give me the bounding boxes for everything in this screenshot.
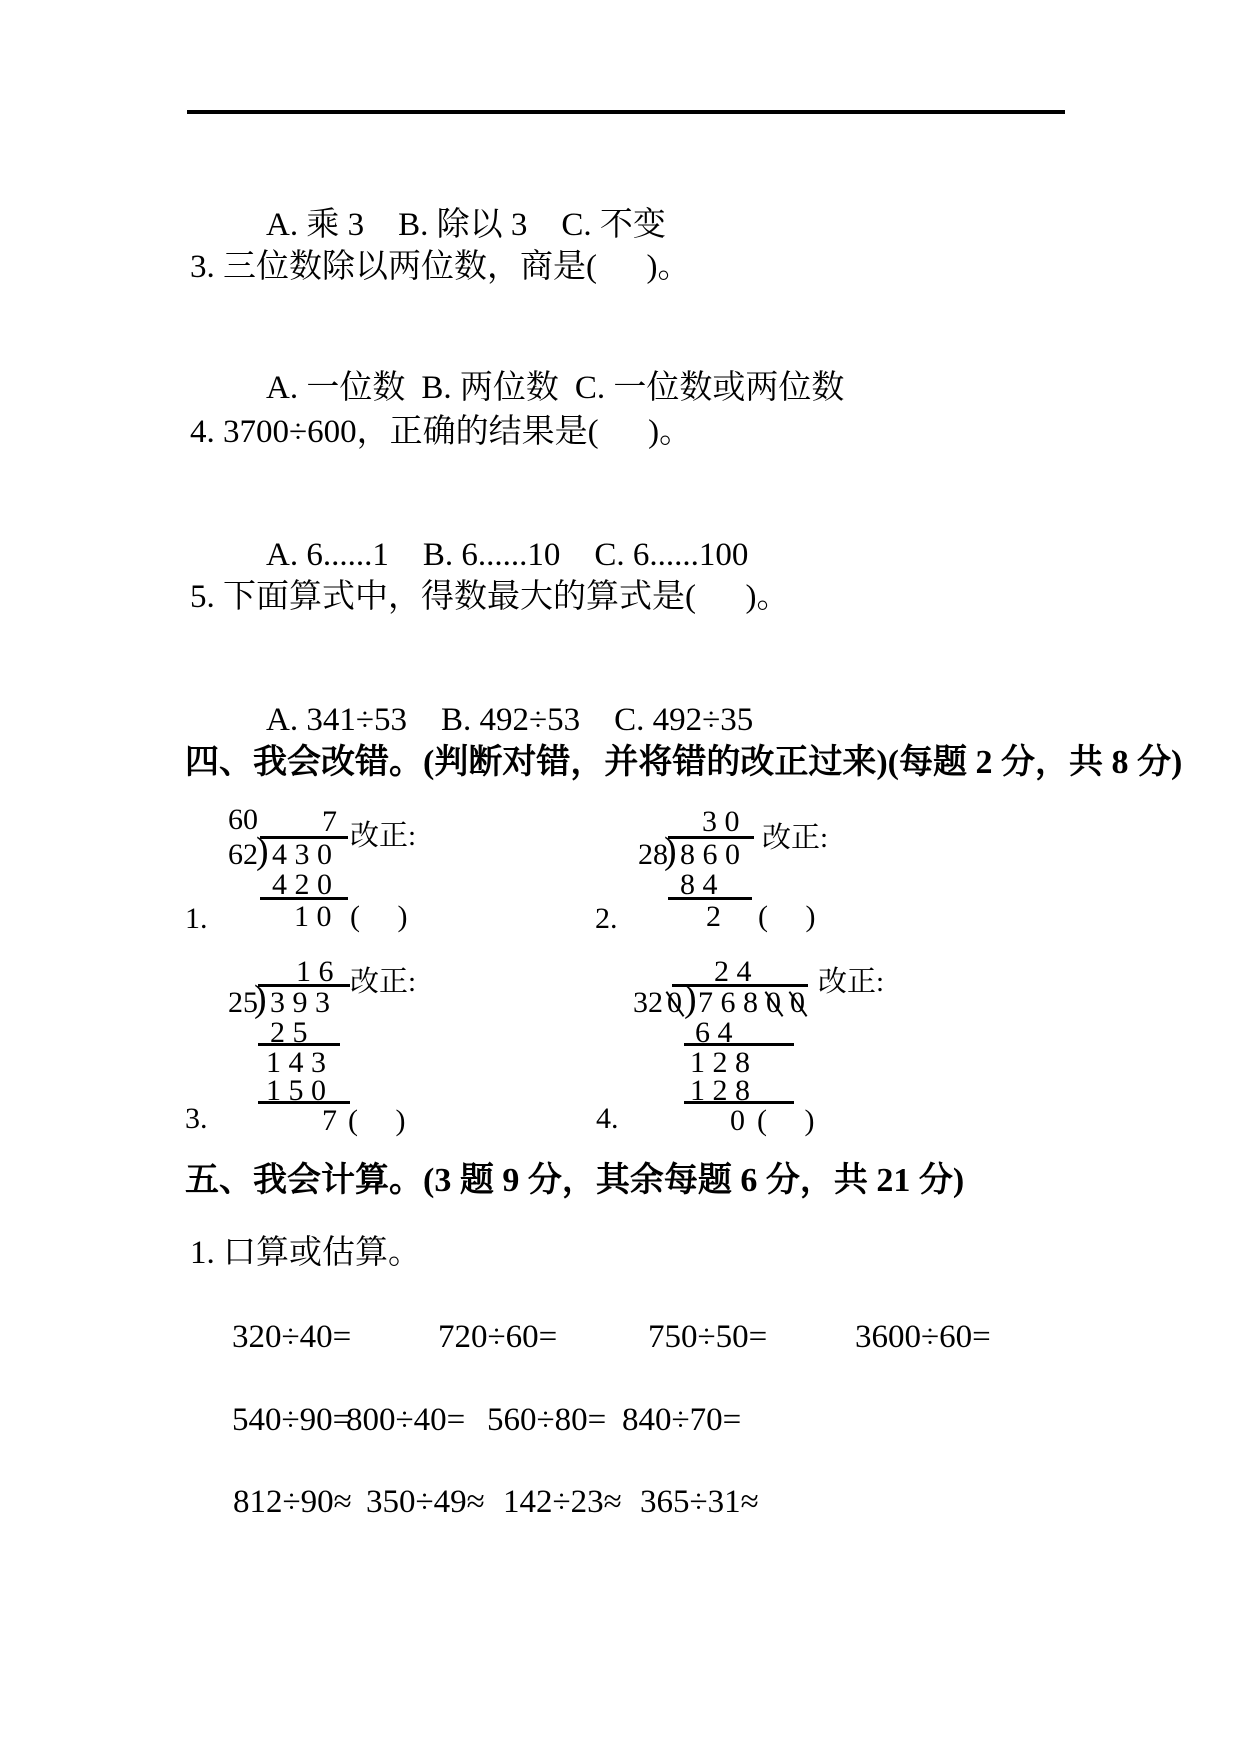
oral-calc-item: 800÷40= (346, 1400, 465, 1440)
option-c: C. 492÷35 (614, 700, 753, 740)
correction-label: 改正: (818, 966, 884, 998)
option-b: B. 492÷53 (441, 700, 580, 740)
dividend-crossed-zero: 0 (790, 987, 805, 1019)
estimate-calc-item: 365÷31≈ (640, 1482, 759, 1522)
long-division-problem-3: 1 6 25 ) 3 9 3 2 5 1 4 3 1 5 0 7 ( ) 3. … (180, 948, 610, 1158)
problem-number: 1. (185, 903, 208, 935)
divisor-crossed-zero: 0 (667, 987, 682, 1019)
oral-calc-item: 560÷80= (487, 1400, 606, 1440)
subquestion-title: 1. 口算或估算。 (190, 1233, 421, 1273)
dividend: 8 6 0 (680, 839, 740, 871)
option-b: B. 除以 3 (398, 205, 527, 245)
option-a: A. 一位数 (266, 368, 405, 408)
division-bracket: ) (664, 832, 677, 870)
long-division-problem-4: 2 4 32 0 ) 7 6 8 0 0 6 4 1 2 8 1 2 8 0 (… (588, 948, 1018, 1158)
division-bracket: ) (254, 980, 267, 1018)
section-four-heading: 四、我会改错。(判断对错，并将错的改正过来)(每题 2 分，共 8 分) (185, 742, 1182, 784)
rounded-divisor-note: 60 (228, 804, 258, 836)
oral-calc-item: 540÷90= (232, 1400, 351, 1440)
judge-parentheses: ( ) (348, 1105, 405, 1137)
divisor: 62 (228, 839, 258, 871)
worksheet-page: A. 乘 3B. 除以 3C. 不变 3. 三位数除以两位数，商是( )。 A.… (0, 0, 1241, 1754)
option-b: B. 两位数 (421, 368, 559, 408)
estimate-calc-item: 350÷49≈ (366, 1482, 485, 1522)
estimate-calc-item: 142÷23≈ (503, 1482, 622, 1522)
divisor: 32 (633, 987, 663, 1019)
problem-number: 4. (596, 1103, 619, 1135)
oral-calc-item: 720÷60= (438, 1317, 557, 1357)
option-b: B. 6......10 (423, 535, 561, 575)
remainder: 1 0 (294, 901, 332, 933)
judge-parentheses: ( ) (757, 1105, 814, 1137)
estimate-calc-item: 812÷90≈ (233, 1482, 352, 1522)
dividend: 4 3 0 (272, 839, 332, 871)
judge-parentheses: ( ) (350, 901, 407, 933)
oral-calc-item: 3600÷60= (855, 1317, 991, 1357)
option-a: A. 6......1 (266, 535, 389, 575)
oral-calc-item: 840÷70= (622, 1400, 741, 1440)
oral-calc-item: 750÷50= (648, 1317, 767, 1357)
top-divider (187, 110, 1065, 114)
question-4-text: 4. 3700÷600，正确的结果是( )。 (190, 412, 692, 452)
quotient: 7 (322, 806, 337, 838)
oral-calc-item: 320÷40= (232, 1317, 351, 1357)
option-c: C. 一位数或两位数 (575, 368, 845, 408)
option-c: C. 6......100 (594, 535, 748, 575)
option-a: A. 乘 3 (266, 205, 364, 245)
correction-label: 改正: (350, 966, 416, 998)
division-bracket: ) (256, 832, 269, 870)
dividend: 7 6 8 (698, 987, 758, 1019)
dividend: 3 9 3 (270, 987, 330, 1019)
option-a: A. 341÷53 (266, 700, 407, 740)
correction-label: 改正: (350, 820, 416, 852)
remainder: 2 (706, 901, 721, 933)
quotient: 3 0 (702, 806, 740, 838)
question-3-text: 3. 三位数除以两位数，商是( )。 (190, 247, 690, 287)
problem-number: 2. (595, 903, 618, 935)
remainder: 0 (730, 1105, 745, 1137)
question-5-text: 5. 下面算式中，得数最大的算式是( )。 (190, 577, 789, 617)
judge-parentheses: ( ) (758, 901, 815, 933)
dividend-crossed-zero: 0 (766, 987, 781, 1019)
option-c: C. 不变 (561, 205, 666, 245)
division-bracket: ) (684, 980, 697, 1018)
correction-label: 改正: (762, 822, 828, 854)
section-five-heading: 五、我会计算。(3 题 9 分，其余每题 6 分，共 21 分) (185, 1160, 964, 1202)
remainder: 7 (322, 1105, 337, 1137)
problem-number: 3. (185, 1103, 208, 1135)
